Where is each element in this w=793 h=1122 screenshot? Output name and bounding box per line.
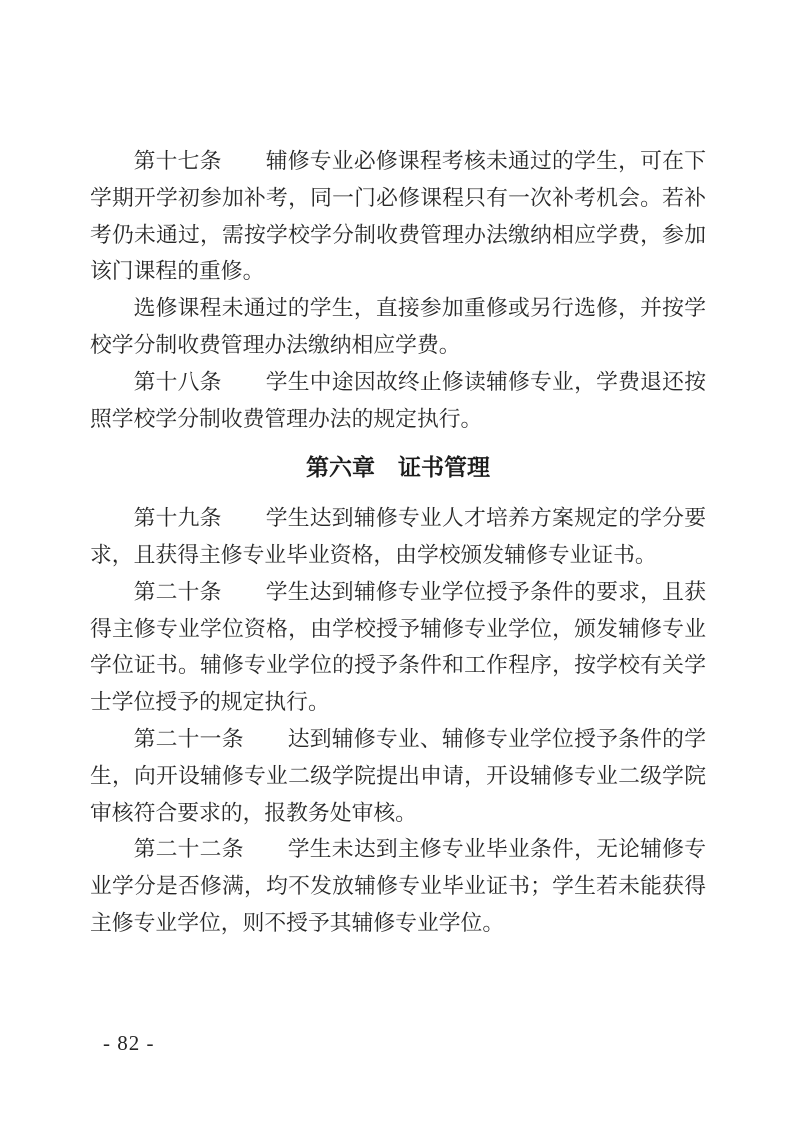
document-page: 第十七条 辅修专业必修课程考核未通过的学生，可在下学期开学初参加补考，同一门必修… <box>0 0 793 1122</box>
paragraph-elective-course-retake: 选修课程未通过的学生，直接参加重修或另行选修，并按学校学分制收费管理办法缴纳相应… <box>90 290 706 364</box>
paragraph-article-20: 第二十条 学生达到辅修专业学位授予条件的要求，且获得主修专业学位资格，由学校授予… <box>90 574 706 721</box>
document-body: 第十七条 辅修专业必修课程考核未通过的学生，可在下学期开学初参加补考，同一门必修… <box>90 143 706 942</box>
paragraph-article-19: 第十九条 学生达到辅修专业人才培养方案规定的学分要求，且获得主修专业毕业资格，由… <box>90 500 706 574</box>
paragraph-article-22: 第二十二条 学生未达到主修专业毕业条件，无论辅修专业学分是否修满，均不发放辅修专… <box>90 831 706 941</box>
page-number: - 82 - <box>103 1031 155 1056</box>
paragraph-article-17: 第十七条 辅修专业必修课程考核未通过的学生，可在下学期开学初参加补考，同一门必修… <box>90 143 706 290</box>
chapter-heading: 第六章 证书管理 <box>90 449 706 486</box>
paragraph-article-18: 第十八条 学生中途因故终止修读辅修专业，学费退还按照学校学分制收费管理办法的规定… <box>90 364 706 438</box>
paragraph-article-21: 第二十一条 达到辅修专业、辅修专业学位授予条件的学生，向开设辅修专业二级学院提出… <box>90 721 706 831</box>
